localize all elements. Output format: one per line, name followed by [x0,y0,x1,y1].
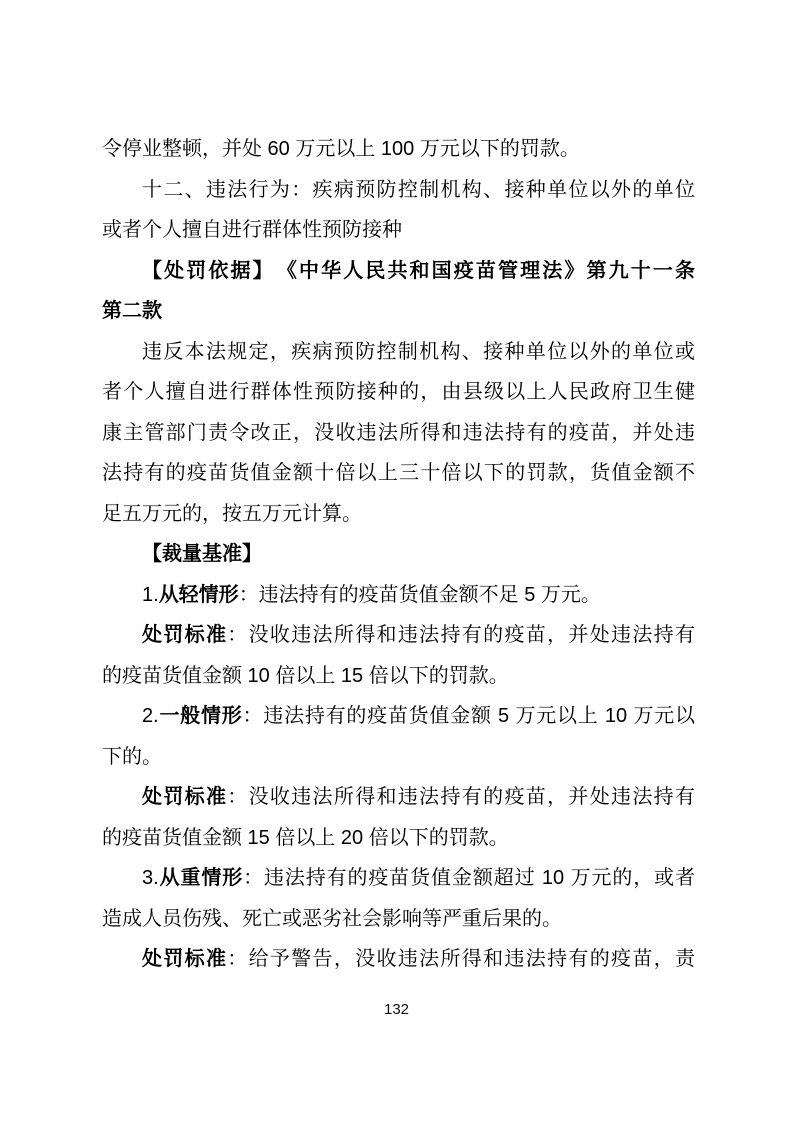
text-line: 【处罚依据】 《中华人民共和国疫苗管理法》第九十一条 [102,251,695,292]
text-run: ：违法持有的疫苗货值金额超过 10 万元的，或者 [243,867,695,889]
text-line: 造成人员伤残、死亡或恶劣社会影响等严重后果的。 [102,899,695,940]
text-line: 2.一般情形：违法持有的疫苗货值金额 5 万元以上 10 万元以 [102,696,695,737]
text-run: 足五万元的，按五万元计算。 [102,503,362,525]
text-run: ：违法持有的疫苗货值金额 5 万元以上 10 万元以 [243,705,695,727]
text-line: 处罚标准：没收违法所得和违法持有的疫苗，并处违法持有 [102,777,695,818]
bold-text-run: 处罚标准 [142,624,227,646]
text-run: 者个人擅自进行群体性预防接种的，由县级以上人民政府卫生健 [102,381,695,403]
text-line: 3.从重情形：违法持有的疫苗货值金额超过 10 万元的，或者 [102,858,695,899]
text-line: 的疫苗货值金额 15 倍以上 20 倍以下的罚款。 [102,818,695,859]
text-run: ：没收违法所得和违法持有的疫苗，并处违法持有 [227,786,695,808]
text-line: 足五万元的，按五万元计算。 [102,494,695,535]
document-text-block: 令停业整顿，并处 60 万元以上 100 万元以下的罚款。十二、违法行为：疾病预… [102,129,695,980]
text-line: 1.从轻情形：违法持有的疫苗货值金额不足 5 万元。 [102,575,695,616]
text-run: 令停业整顿，并处 60 万元以上 100 万元以下的罚款。 [102,138,580,160]
bold-text-run: 【裁量基准】 [142,543,262,565]
text-line: 十二、违法行为：疾病预防控制机构、接种单位以外的单位 [102,170,695,211]
text-run: ：给予警告，没收违法所得和违法持有的疫苗，责 [227,948,695,970]
bold-text-run: 第二款 [102,300,162,322]
text-line: 违反本法规定，疾病预防控制机构、接种单位以外的单位或 [102,332,695,373]
text-line: 令停业整顿，并处 60 万元以上 100 万元以下的罚款。 [102,129,695,170]
text-run: 的疫苗货值金额 10 倍以上 15 倍以下的罚款。 [102,665,509,687]
text-run: 的疫苗货值金额 15 倍以上 20 倍以下的罚款。 [102,827,509,849]
document-page: 令停业整顿，并处 60 万元以上 100 万元以下的罚款。十二、违法行为：疾病预… [0,0,793,1122]
bold-text-run: 处罚标准 [142,786,227,808]
text-line: 康主管部门责令改正，没收违法所得和违法持有的疫苗，并处违 [102,413,695,454]
text-run: 2. [142,705,159,727]
bold-text-run: 从重情形 [159,867,243,889]
text-run: 下的。 [102,746,162,768]
text-line: 者个人擅自进行群体性预防接种的，由县级以上人民政府卫生健 [102,372,695,413]
bold-text-run: 从轻情形 [159,584,239,606]
text-run: 1. [142,584,159,606]
text-line: 处罚标准：给予警告，没收违法所得和违法持有的疫苗，责 [102,939,695,980]
bold-text-run: 处罚标准 [142,948,227,970]
text-line: 处罚标准：没收违法所得和违法持有的疫苗，并处违法持有 [102,615,695,656]
page-number: 132 [0,1000,793,1020]
text-line: 或者个人擅自进行群体性预防接种 [102,210,695,251]
bold-text-run: 【处罚依据】 《中华人民共和国疫苗管理法》第九十一条 [142,260,695,282]
text-run: 康主管部门责令改正，没收违法所得和违法持有的疫苗，并处违 [102,422,695,444]
text-run: 3. [142,867,159,889]
text-run: 十二、违法行为：疾病预防控制机构、接种单位以外的单位 [142,179,695,201]
text-line: 的疫苗货值金额 10 倍以上 15 倍以下的罚款。 [102,656,695,697]
text-run: 或者个人擅自进行群体性预防接种 [102,219,402,241]
text-run: 法持有的疫苗货值金额十倍以上三十倍以下的罚款，货值金额不 [102,462,695,484]
text-line: 下的。 [102,737,695,778]
text-line: 第二款 [102,291,695,332]
text-run: 造成人员伤残、死亡或恶劣社会影响等严重后果的。 [102,908,562,930]
text-run: 违反本法规定，疾病预防控制机构、接种单位以外的单位或 [142,341,695,363]
text-line: 法持有的疫苗货值金额十倍以上三十倍以下的罚款，货值金额不 [102,453,695,494]
text-line: 【裁量基准】 [102,534,695,575]
text-run: ：违法持有的疫苗货值金额不足 5 万元。 [239,584,601,606]
bold-text-run: 一般情形 [159,705,243,727]
text-run: ：没收违法所得和违法持有的疫苗，并处违法持有 [227,624,695,646]
